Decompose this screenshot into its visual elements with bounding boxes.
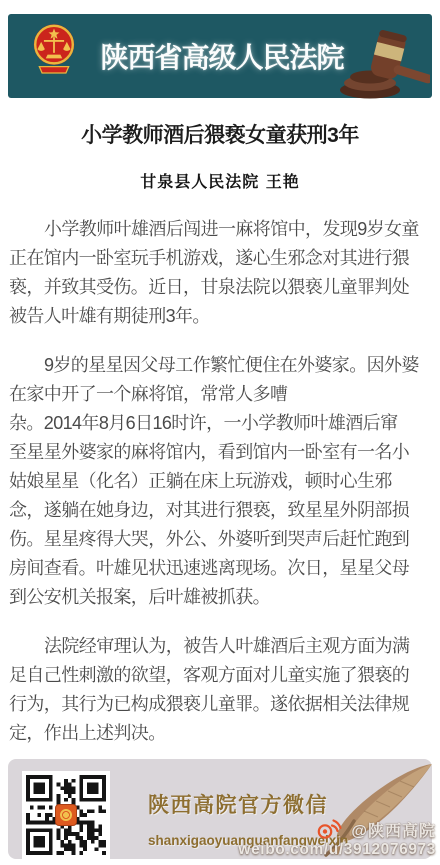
paragraph-line: 念，遂躺在她身边，对其进行猥亵，致星星外阴部损 [9, 496, 433, 525]
paragraph-line: 法院经审理认为，被告人叶雄酒后主观方面为满 [9, 632, 433, 661]
qr-center-emblem-icon [55, 804, 77, 826]
paragraph: 小学教师叶雄酒后闯进一麻将馆中，发现9岁女童正在馆内一卧室玩手机游戏，遂心生邪念… [9, 215, 433, 331]
gavel-icon [336, 30, 430, 100]
paragraph-line: 小学教师叶雄酒后闯进一麻将馆中，发现9岁女童 [9, 215, 433, 244]
article-byline: 甘泉县人民法院 王艳 [0, 169, 440, 192]
paragraph-line: 足自己性刺激的欲望，客观方面对儿童实施了猥亵的 [9, 661, 433, 690]
qr-code-icon [22, 771, 110, 859]
paragraph: 法院经审理认为，被告人叶雄酒后主观方面为满足自己性刺激的欲望，客观方面对儿童实施… [9, 632, 433, 748]
paragraph-line: 正在馆内一卧室玩手机游戏，遂心生邪念对其进行猥 [9, 244, 433, 273]
weibo-profile-url: weibo.com/u/3912076973 [238, 840, 436, 860]
paragraph-line: 伤。星星疼得大哭，外公、外婆听到哭声后赶忙跑到 [9, 525, 433, 554]
paragraph-line: 行为，其行为已构成猥亵儿童罪。遂依据相关法律规 [9, 690, 433, 719]
paragraph-line: 到公安机关报案，后叶雄被抓获。 [9, 583, 433, 612]
article-title: 小学教师酒后猥亵女童获刑3年 [0, 119, 440, 149]
paragraph-line: 定，作出上述判决。 [9, 719, 433, 748]
paragraph-line: 9岁的星星因父母工作繁忙便住在外婆家。因外婆 [9, 351, 433, 380]
paragraph-line: 亵，并致其受伤。近日，甘泉法院以猥亵儿童罪判处 [9, 273, 433, 302]
weibo-logo-icon [316, 818, 342, 840]
paragraph-line: 被告人叶雄有期徒刑3年。 [9, 302, 433, 331]
court-national-emblem-icon [32, 20, 76, 82]
paragraph: 9岁的星星因父母工作繁忙便住在外婆家。因外婆在家中开了一个麻将馆，常常人多嘈杂。… [9, 351, 433, 612]
weibo-post-image: 陕西省高级人民法院 小学教师酒后猥亵女童获刑3年 甘泉县人民法院 王艳 小学教师… [0, 0, 440, 865]
weibo-watermark: @陕西高院 weibo.com/u/3912076973 [238, 818, 436, 860]
weibo-account-name: @陕西高院 [351, 818, 436, 841]
paragraph-line: 至星星外婆家的麻将馆内，看到馆内一卧室有一名小 [9, 438, 433, 467]
court-header-banner: 陕西省高级人民法院 [8, 14, 432, 98]
paragraph-line: 在家中开了一个麻将馆，常常人多嘈 [9, 380, 433, 409]
paragraph-line: 房间查看。叶雄见状迅速逃离现场。次日，星星父母 [9, 554, 433, 583]
paragraph-line: 姑娘星星（化名）正躺在床上玩游戏，顿时心生邪 [9, 467, 433, 496]
wechat-official-title: 陕西高院官方微信 [148, 789, 328, 819]
court-name-title: 陕西省高级人民法院 [94, 14, 350, 98]
paragraph-line: 杂。2014年8月6日16时许，一小学教师叶雄酒后窜 [9, 409, 433, 438]
article-body: 小学教师叶雄酒后闯进一麻将馆中，发现9岁女童正在馆内一卧室玩手机游戏，遂心生邪念… [9, 215, 433, 768]
